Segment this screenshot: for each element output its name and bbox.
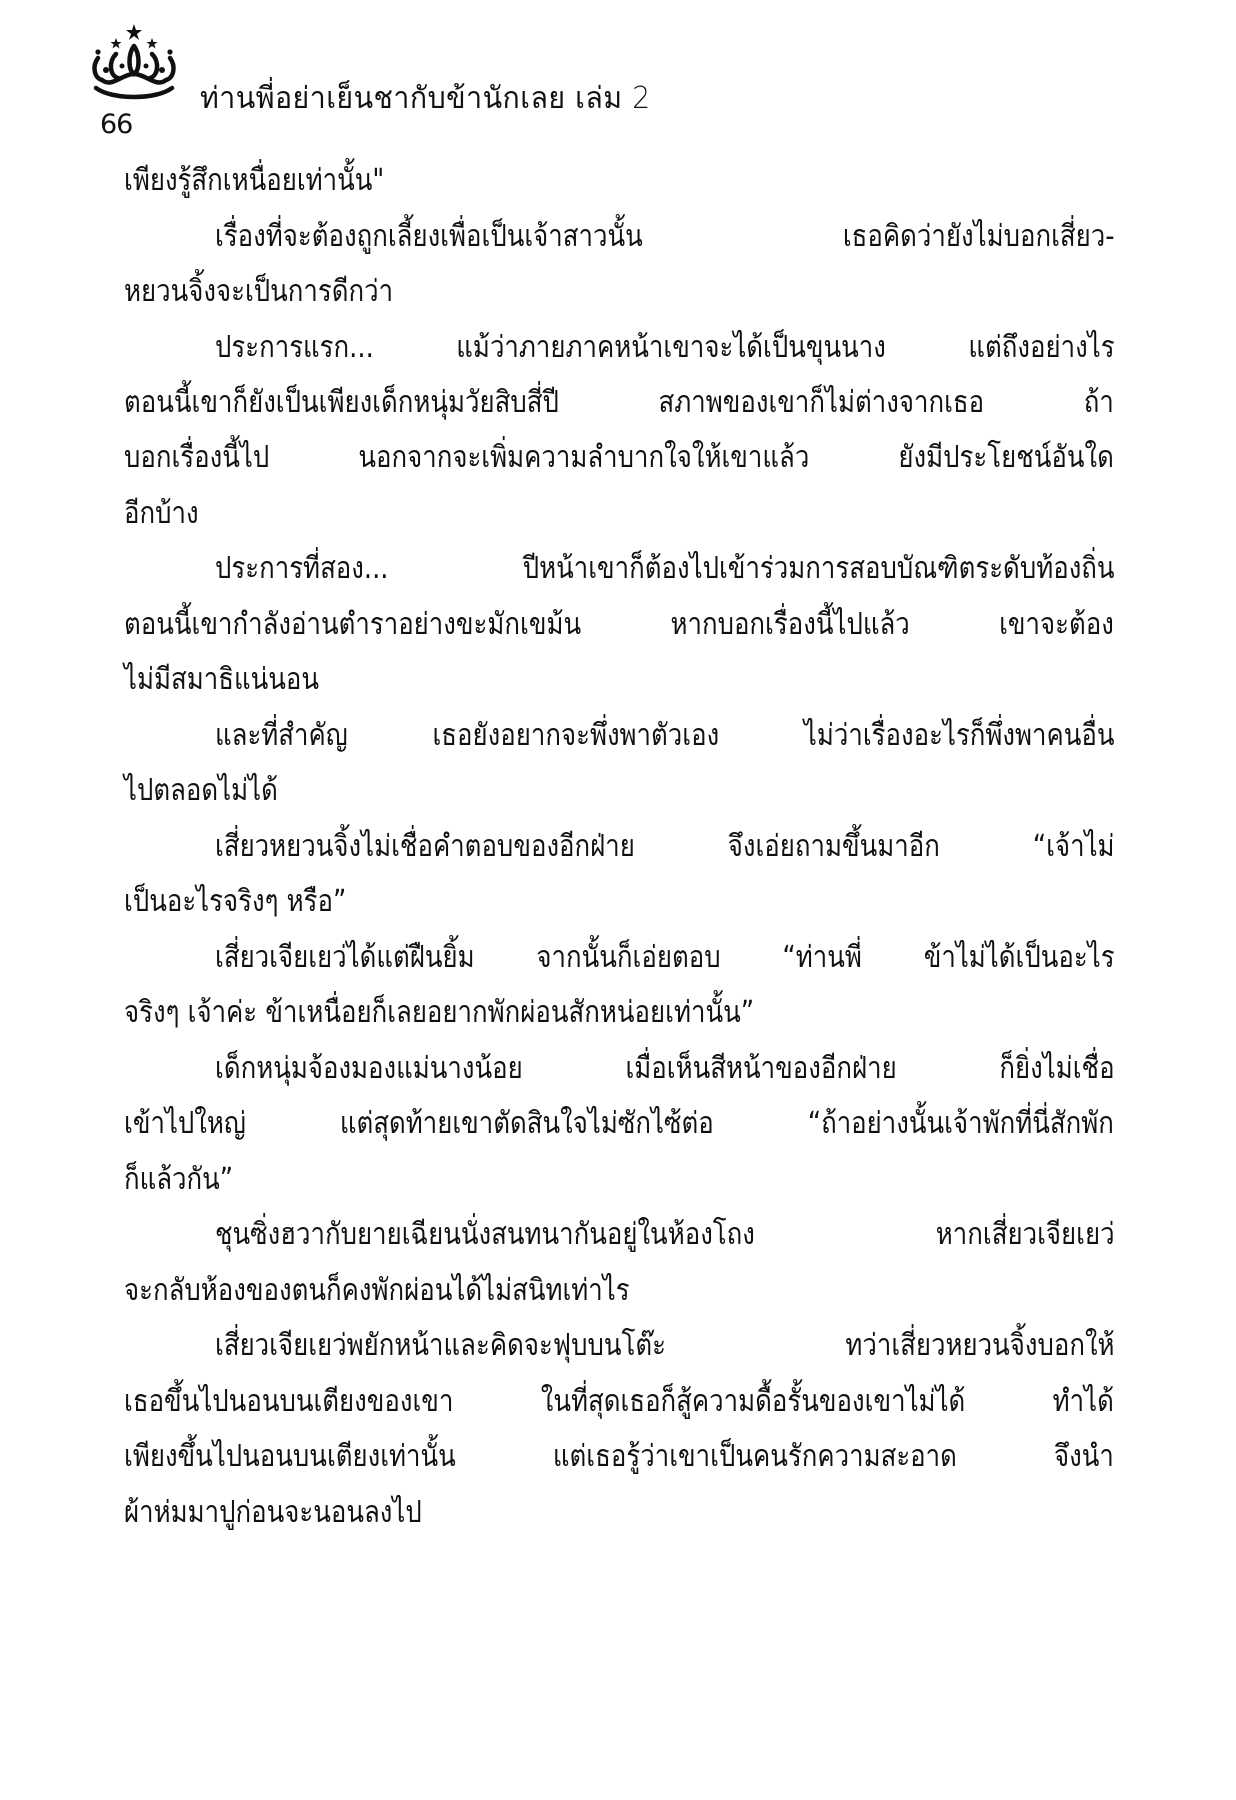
text-line: จะกลับห้องของตนก็คงพักผ่อนได้ไม่สนิทเท่า… xyxy=(124,1265,975,1317)
text-line: ตอนนี้เขาก็ยังเป็นเพียงเด็กหนุ่มวัยสิบสี… xyxy=(124,377,1114,429)
text-line: เพียงขึ้นไปนอนบนเตียงเท่านั้น แต่เธอรู้ว… xyxy=(124,1431,1114,1483)
text-line: เข้าไปใหญ่ แต่สุดท้ายเขาตัดสินใจไม่ซักไซ… xyxy=(124,1098,1114,1150)
text-line: ไม่มีสมาธิแน่นอน xyxy=(124,654,975,706)
text-line: หยวนจิ้งจะเป็นการดีกว่า xyxy=(124,266,975,318)
text-line: และที่สำคัญ เธอยังอยากจะพึ่งพาตัวเอง ไม่… xyxy=(215,710,1115,762)
text-line: อีกบ้าง xyxy=(124,488,975,540)
text-line: เสี่ยวหยวนจิ้งไม่เชื่อคำตอบของอีกฝ่าย จึ… xyxy=(215,821,1115,873)
text-line: จริงๆ เจ้าค่ะ ข้าเหนื่อยก็เลยอยากพักผ่อน… xyxy=(124,987,975,1039)
text-line: ประการแรก... แม้ว่าภายภาคหน้าเขาจะได้เป็… xyxy=(215,322,1115,374)
text-line: ตอนนี้เขากำลังอ่านตำราอย่างขะมักเขม้น หา… xyxy=(124,599,1114,651)
text-line: เรื่องที่จะต้องถูกเลี้ยงเพื่อเป็นเจ้าสาว… xyxy=(215,211,1115,263)
text-line: ผ้าห่มมาปูก่อนจะนอนลงไป xyxy=(124,1487,975,1539)
text-line: เธอขึ้นไปนอนบนเตียงของเขา ในที่สุดเธอก็ส… xyxy=(124,1376,1114,1428)
text-line: ก็แล้วกัน” xyxy=(124,1154,975,1206)
text-line: บอกเรื่องนี้ไป นอกจากจะเพิ่มความลำบากใจใ… xyxy=(124,432,1114,484)
text-line: ประการที่สอง... ปีหน้าเขาก็ต้องไปเข้าร่ว… xyxy=(215,543,1115,595)
text-line: เด็กหนุ่มจ้องมองแม่นางน้อย เมื่อเห็นสีหน… xyxy=(215,1043,1115,1095)
text-line: ชุนซิ่งฮวากับยายเฉียนนั่งสนทนากันอยู่ในห… xyxy=(215,1209,1115,1261)
text-line: เสี่ยวเจียเยว่ได้แต่ฝืนยิ้ม จากนั้นก็เอ่… xyxy=(215,932,1115,984)
text-line: เสี่ยวเจียเยว่พยักหน้าและคิดจะฟุบบนโต๊ะ … xyxy=(215,1320,1115,1372)
text-line: ไปตลอดไม่ได้ xyxy=(124,765,975,817)
body-text: เพียงรู้สึกเหนื่อยเท่านั้น" เรื่องที่จะต… xyxy=(0,0,1236,1800)
text-line: เป็นอะไรจริงๆ หรือ” xyxy=(124,876,975,928)
text-line: เพียงรู้สึกเหนื่อยเท่านั้น" xyxy=(124,155,975,207)
book-page: 66 ท่านพี่อย่าเย็นชากับข้านักเลย เล่ม 2 … xyxy=(0,0,1236,1800)
